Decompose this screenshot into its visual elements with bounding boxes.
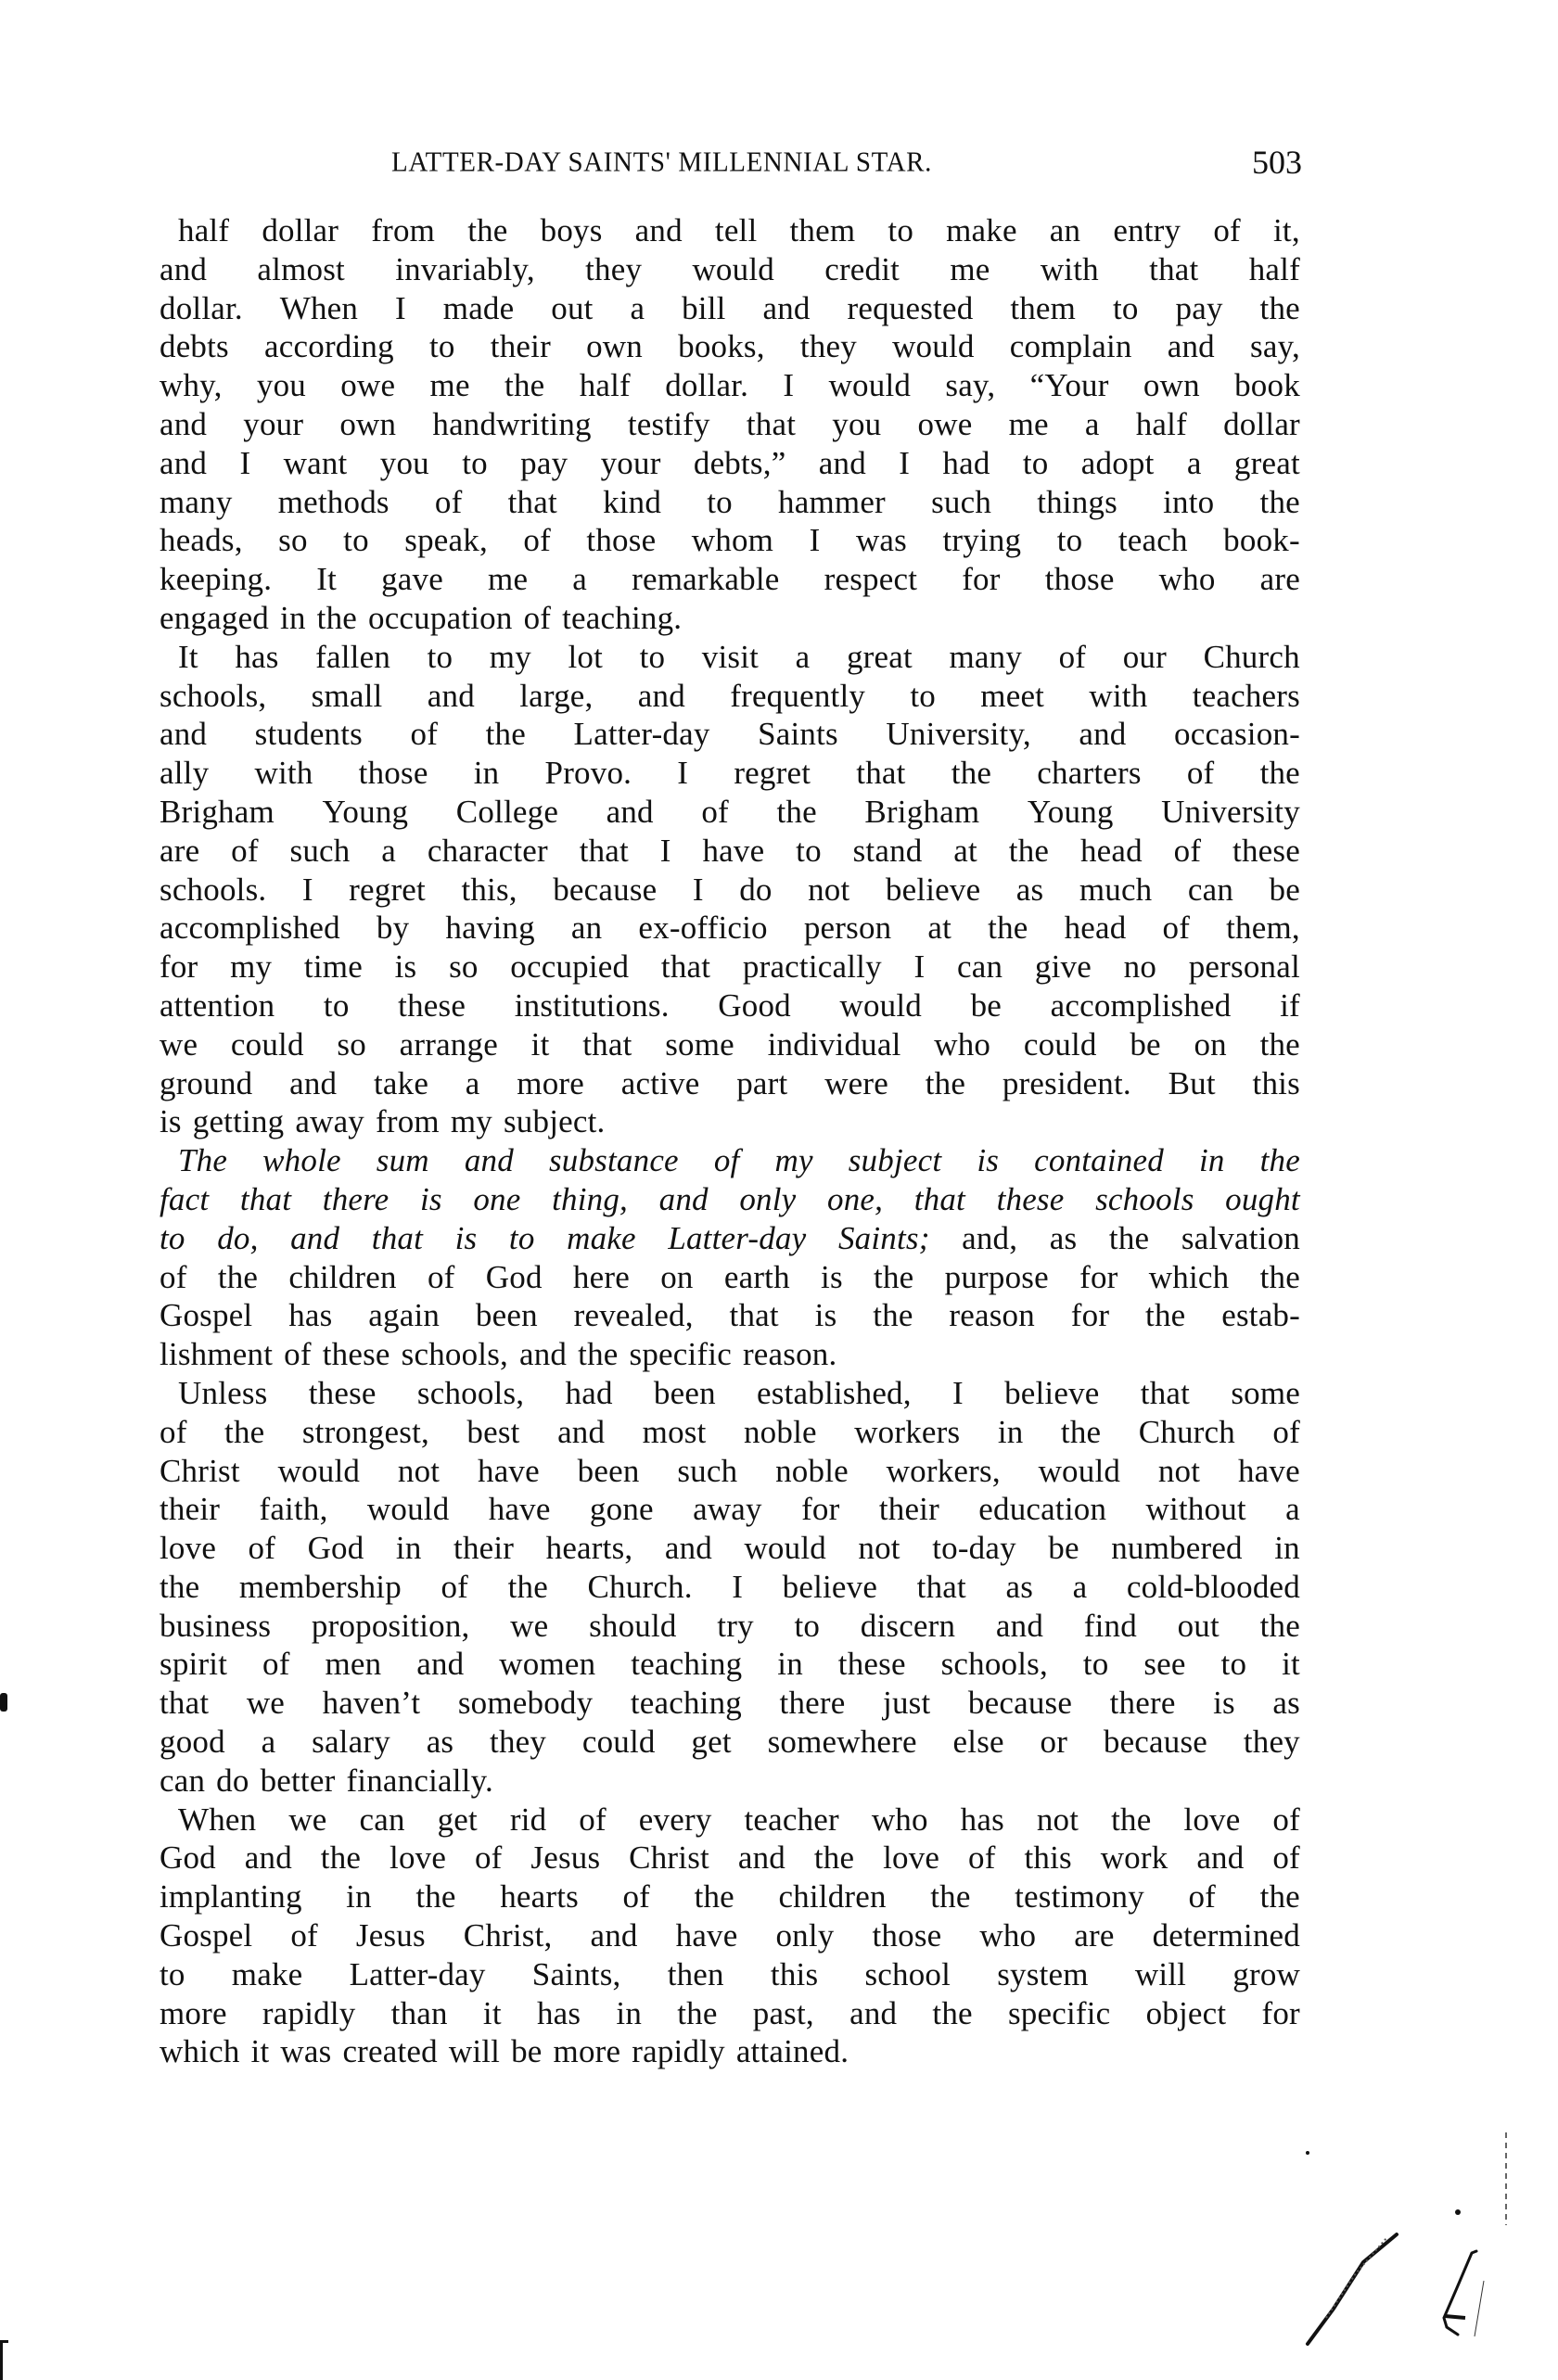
scanned-page: Latter-day Saints' Millennial Star. 503 … — [0, 0, 1558, 2380]
scan-smudge-marks — [0, 0, 1558, 2380]
